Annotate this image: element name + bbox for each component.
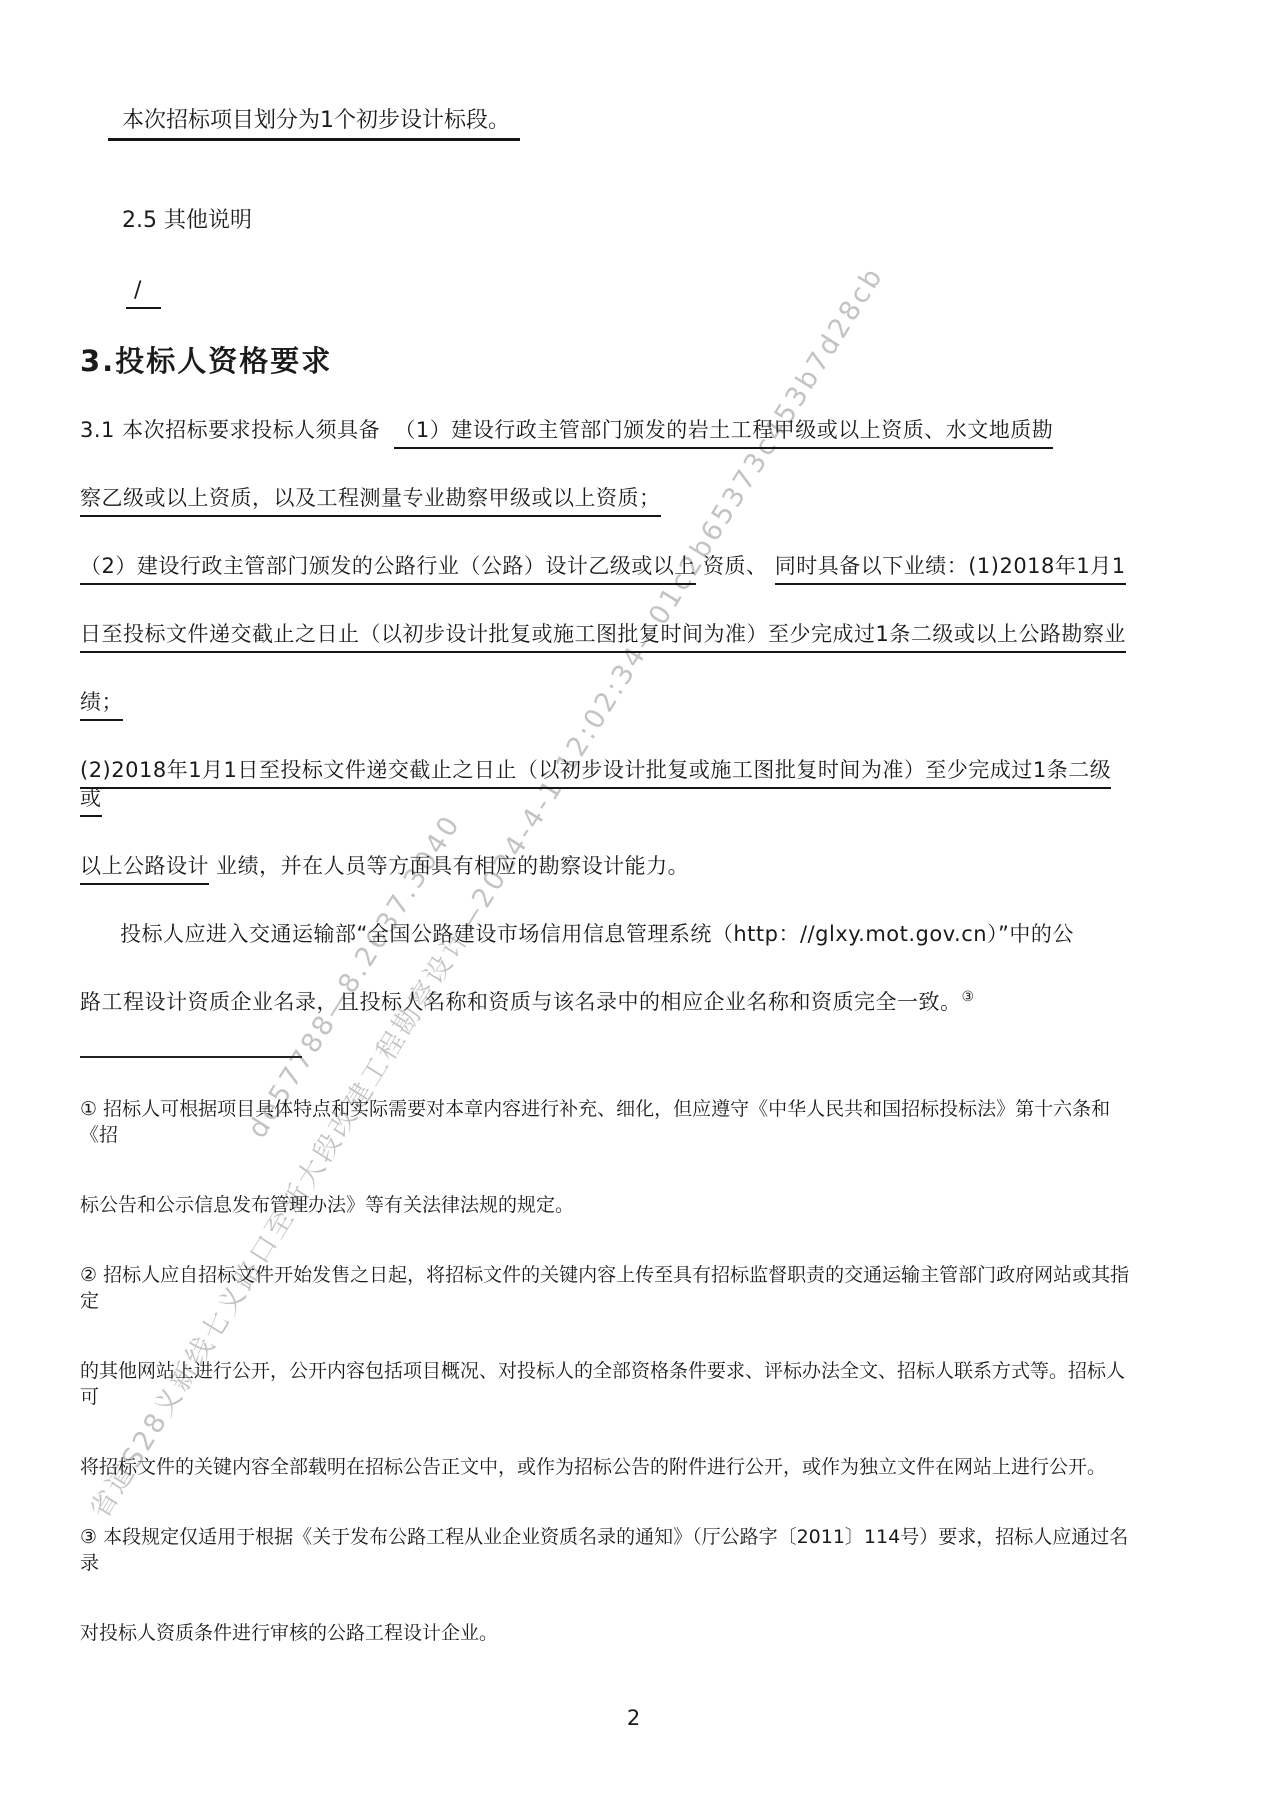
page-number: 2 xyxy=(0,1706,1267,1730)
body-line-2-underlined: 察乙级或以上资质，以及工程测量专业勘察甲级或以上资质； xyxy=(80,486,661,517)
body-line-8-plain: 投标人应进入交通运输部“全国公路建设市场信用信息管理系统（http：//glxy… xyxy=(120,922,1074,946)
footnote-3-line-2: 对投标人资质条件进行审核的公路工程设计企业。 xyxy=(80,1620,1132,1646)
body-line-6-underlined: (2)2018年1月1日至投标文件递交截止之日止（以初步设计批复或施工图批复时间… xyxy=(80,758,1111,817)
footnote-1-line-1: ① 招标人可根据项目具体特点和实际需要对本章内容进行补充、细化，但应遵守《中华人… xyxy=(80,1096,1132,1148)
body-line-2: 察乙级或以上资质，以及工程测量专业勘察甲级或以上资质； xyxy=(80,484,1132,512)
slash-placeholder: / xyxy=(126,278,161,309)
body-line-5-underlined: 绩； xyxy=(80,690,123,721)
body-line-3: （2）建设行政主管部门颁发的公路行业（公路）设计乙级或以上 资质、 同时具备以下… xyxy=(80,552,1132,580)
body-line-7-plain: 业绩，并在人员等方面具有相应的勘察设计能力。 xyxy=(209,854,689,878)
section-2-5-value-line: / xyxy=(126,276,1132,306)
body-line-4-underlined: 日至投标文件递交截止之日止（以初步设计批复或施工图批复时间为准）至少完成过1条二… xyxy=(80,622,1126,653)
body-line-9: 路工程设计资质企业名录，且投标人名称和资质与该名录中的相应企业名称和资质完全一致… xyxy=(80,988,1132,1016)
body-line-1-underlined: （1）建设行政主管部门颁发的岩土工程甲级或以上资质、水文地质勘 xyxy=(394,418,1053,449)
document-page: 本次招标项目划分为1个初步设计标段。 2.5 其他说明 / 3.投标人资格要求 … xyxy=(0,0,1267,1793)
lot-division-line: 本次招标项目划分为1个初步设计标段。 xyxy=(80,76,1132,166)
footnote-2-line-1: ② 招标人应自招标文件开始发售之日起，将招标文件的关键内容上传至具有招标监督职责… xyxy=(80,1262,1132,1314)
section-2-5-heading: 2.5 其他说明 xyxy=(122,206,1132,236)
body-line-3-underlined-b: 同时具备以下业绩：(1)2018年1月1 xyxy=(775,554,1126,585)
body-line-6: (2)2018年1月1日至投标文件递交截止之日止（以初步设计批复或施工图批复时间… xyxy=(80,756,1132,812)
footnote-2-line-2: 的其他网站上进行公开，公开内容包括项目概况、对投标人的全部资格条件要求、评标办法… xyxy=(80,1358,1132,1410)
body-line-5: 绩； xyxy=(80,688,1132,716)
body-line-1: 3.1 本次招标要求投标人须具备 （1）建设行政主管部门颁发的岩土工程甲级或以上… xyxy=(80,416,1132,444)
body-line-7-underlined: 以上公路设计 xyxy=(80,854,209,885)
body-line-3-plain: 资质、 xyxy=(696,554,775,578)
body-line-4: 日至投标文件递交截止之日止（以初步设计批复或施工图批复时间为准）至少完成过1条二… xyxy=(80,620,1132,648)
footnote-1-line-2: 标公告和公示信息发布管理办法》等有关法律法规的规定。 xyxy=(80,1192,1132,1218)
lot-division-text: 本次招标项目划分为1个初步设计标段。 xyxy=(108,108,520,141)
body-line-7: 以上公路设计 业绩，并在人员等方面具有相应的勘察设计能力。 xyxy=(80,852,1132,880)
footnote-3-line-1: ③ 本段规定仅适用于根据《关于发布公路工程从业企业资质名录的通知》（厅公路字〔2… xyxy=(80,1524,1132,1576)
section-3-heading: 3.投标人资格要求 xyxy=(80,342,1132,380)
body-line-1-plain: 3.1 本次招标要求投标人须具备 xyxy=(80,418,394,442)
body-line-8: 投标人应进入交通运输部“全国公路建设市场信用信息管理系统（http：//glxy… xyxy=(80,920,1132,948)
footnote-separator xyxy=(80,1056,302,1058)
body-line-3-underlined-a: （2）建设行政主管部门颁发的公路行业（公路）设计乙级或以上 xyxy=(80,554,696,585)
footnote-ref-3: ③ xyxy=(962,989,975,1005)
footnote-2-line-3: 将招标文件的关键内容全部载明在招标公告正文中，或作为招标公告的附件进行公开，或作… xyxy=(80,1454,1132,1480)
body-line-9-plain: 路工程设计资质企业名录，且投标人名称和资质与该名录中的相应企业名称和资质完全一致… xyxy=(80,990,962,1014)
